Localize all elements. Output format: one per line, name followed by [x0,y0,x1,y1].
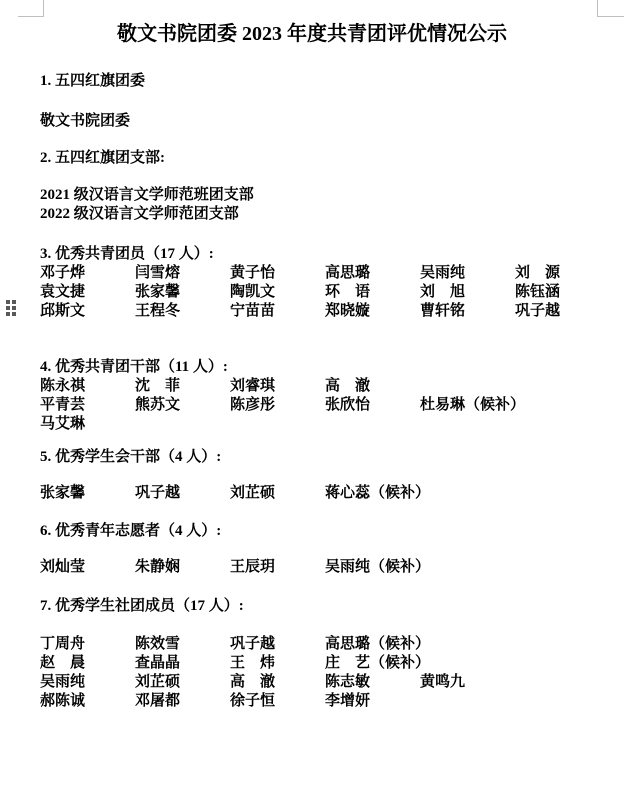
section-heading: 1. 五四红旗团委 [40,72,624,91]
list-item: 邓子烨 [40,264,135,283]
name-row: 2022 级汉语言文学师范团支部 [40,205,624,224]
list-item: 巩子越 [230,635,325,654]
list-item: 郝陈诚 [40,692,135,711]
name-row: 张家馨巩子越刘芷硕蒋心蕊（候补） [40,484,624,503]
list-item: 查晶晶 [135,654,230,673]
list-item: 敬文书院团委 [40,112,135,131]
name-row: 邱斯文王程冬宁苗苗郑晓嫙曹轩铭巩子越 [40,302,624,321]
list-item: 王辰玥 [230,558,325,577]
list-item: 赵 晨 [40,654,135,673]
section-rows: 敬文书院团委 [40,112,624,131]
list-item: 蒋心蕊（候补） [325,484,430,503]
list-item: 高思璐 [325,264,420,283]
list-item: 黄子怡 [230,264,325,283]
list-item: 闫雪熔 [135,264,230,283]
list-item: 刘芷硕 [230,484,325,503]
drag-handle-icon[interactable] [6,300,10,304]
list-item: 高 澈 [325,377,420,396]
name-row: 刘灿莹朱静娴王辰玥吴雨纯（候补） [40,558,624,577]
list-item: 张家馨 [40,484,135,503]
name-row: 袁文捷张家馨陶凯文环 语刘 旭陈钰涵 [40,283,624,302]
section-outstanding-student-union-cadres: 5. 优秀学生会干部（4 人）: 张家馨巩子越刘芷硕蒋心蕊（候补） [40,448,624,503]
list-item: 黄鸣九 [420,673,515,692]
name-row: 吴雨纯刘芷硕高 澈陈志敏黄鸣九 [40,673,624,692]
list-item: 陶凯文 [230,283,325,302]
list-item: 刘睿琪 [230,377,325,396]
name-row: 敬文书院团委 [40,112,624,131]
list-item: 高思璐（候补） [325,635,430,654]
section-red-flag-committee: 1. 五四红旗团委 敬文书院团委 [40,72,624,131]
list-item: 陈效雪 [135,635,230,654]
list-item: 庄 艺（候补） [325,654,430,673]
section-heading: 5. 优秀学生会干部（4 人）: [40,448,624,467]
list-item: 陈永祺 [40,377,135,396]
list-item: 吴雨纯（候补） [325,558,430,577]
section-heading: 2. 五四红旗团支部: [40,149,624,168]
section-rows: 2021 级汉语言文学师范班团支部2022 级汉语言文学师范团支部 [40,186,624,224]
name-row: 平青芸熊苏文陈彦彤张欣怡杜易琳（候补） [40,396,624,415]
list-item: 平青芸 [40,396,135,415]
section-heading: 7. 优秀学生社团成员（17 人）: [40,597,624,616]
section-outstanding-club-members: 7. 优秀学生社团成员（17 人）: 丁周舟陈效雪巩子越高思璐（候补）赵 晨查晶… [40,597,624,711]
list-item: 刘灿莹 [40,558,135,577]
section-red-flag-branches: 2. 五四红旗团支部: 2021 级汉语言文学师范班团支部2022 级汉语言文学… [40,149,624,224]
list-item: 刘 旭 [420,283,515,302]
list-item: 2021 级汉语言文学师范班团支部 [40,186,254,205]
list-item: 曹轩铭 [420,302,515,321]
list-item: 郑晓嫙 [325,302,420,321]
list-item: 刘芷硕 [135,673,230,692]
section-rows: 陈永祺沈 菲刘睿琪高 澈平青芸熊苏文陈彦彤张欣怡杜易琳（候补）马艾琳 [40,377,624,434]
name-row: 2021 级汉语言文学师范班团支部 [40,186,624,205]
section-rows: 邓子烨闫雪熔黄子怡高思璐吴雨纯刘 源袁文捷张家馨陶凯文环 语刘 旭陈钰涵邱斯文王… [40,264,624,321]
name-row: 赵 晨查晶晶王 炜庄 艺（候补） [40,654,624,673]
name-row: 陈永祺沈 菲刘睿琪高 澈 [40,377,624,396]
list-item: 徐子恒 [230,692,325,711]
name-row: 丁周舟陈效雪巩子越高思璐（候补） [40,635,624,654]
section-rows: 丁周舟陈效雪巩子越高思璐（候补）赵 晨查晶晶王 炜庄 艺（候补）吴雨纯刘芷硕高 … [40,635,624,711]
section-heading: 6. 优秀青年志愿者（4 人）: [40,522,624,541]
list-item: 吴雨纯 [420,264,515,283]
text-boundary-mark-top-right-icon [597,0,624,17]
list-item: 袁文捷 [40,283,135,302]
list-item: 高 澈 [230,673,325,692]
list-item: 宁苗苗 [230,302,325,321]
section-outstanding-league-cadres: 4. 优秀共青团干部（11 人）: 陈永祺沈 菲刘睿琪高 澈平青芸熊苏文陈彦彤张… [40,358,624,434]
name-row: 郝陈诚邓屠都徐子恒李增妍 [40,692,624,711]
list-item: 丁周舟 [40,635,135,654]
list-item: 刘 源 [515,264,610,283]
list-item: 马艾琳 [40,415,135,434]
list-item: 陈彦彤 [230,396,325,415]
list-item: 熊苏文 [135,396,230,415]
list-item: 王 炜 [230,654,325,673]
list-item: 邱斯文 [40,302,135,321]
list-item: 2022 级汉语言文学师范团支部 [40,205,239,224]
list-item: 朱静娴 [135,558,230,577]
section-rows: 刘灿莹朱静娴王辰玥吴雨纯（候补） [40,558,624,577]
list-item: 吴雨纯 [40,673,135,692]
list-item: 环 语 [325,283,420,302]
list-item: 陈钰涵 [515,283,610,302]
list-item: 沈 菲 [135,377,230,396]
list-item: 邓屠都 [135,692,230,711]
document-title: 敬文书院团委 2023 年度共青团评优情况公示 [40,20,584,48]
section-rows: 张家馨巩子越刘芷硕蒋心蕊（候补） [40,484,624,503]
name-row: 邓子烨闫雪熔黄子怡高思璐吴雨纯刘 源 [40,264,624,283]
list-item: 巩子越 [135,484,230,503]
list-item: 王程冬 [135,302,230,321]
list-item: 陈志敏 [325,673,420,692]
list-item: 张家馨 [135,283,230,302]
name-row: 马艾琳 [40,415,624,434]
text-boundary-mark-top-left-icon [18,0,44,17]
list-item: 李增妍 [325,692,420,711]
section-outstanding-youth-volunteers: 6. 优秀青年志愿者（4 人）: 刘灿莹朱静娴王辰玥吴雨纯（候补） [40,522,624,577]
document-page: 敬文书院团委 2023 年度共青团评优情况公示 1. 五四红旗团委 敬文书院团委… [0,0,624,786]
list-item: 杜易琳（候补） [420,396,525,415]
list-item: 张欣怡 [325,396,420,415]
list-item: 巩子越 [515,302,610,321]
section-heading: 4. 优秀共青团干部（11 人）: [40,358,624,377]
section-outstanding-league-members: 3. 优秀共青团员（17 人）: 邓子烨闫雪熔黄子怡高思璐吴雨纯刘 源袁文捷张家… [40,245,624,321]
section-heading: 3. 优秀共青团员（17 人）: [40,245,624,264]
